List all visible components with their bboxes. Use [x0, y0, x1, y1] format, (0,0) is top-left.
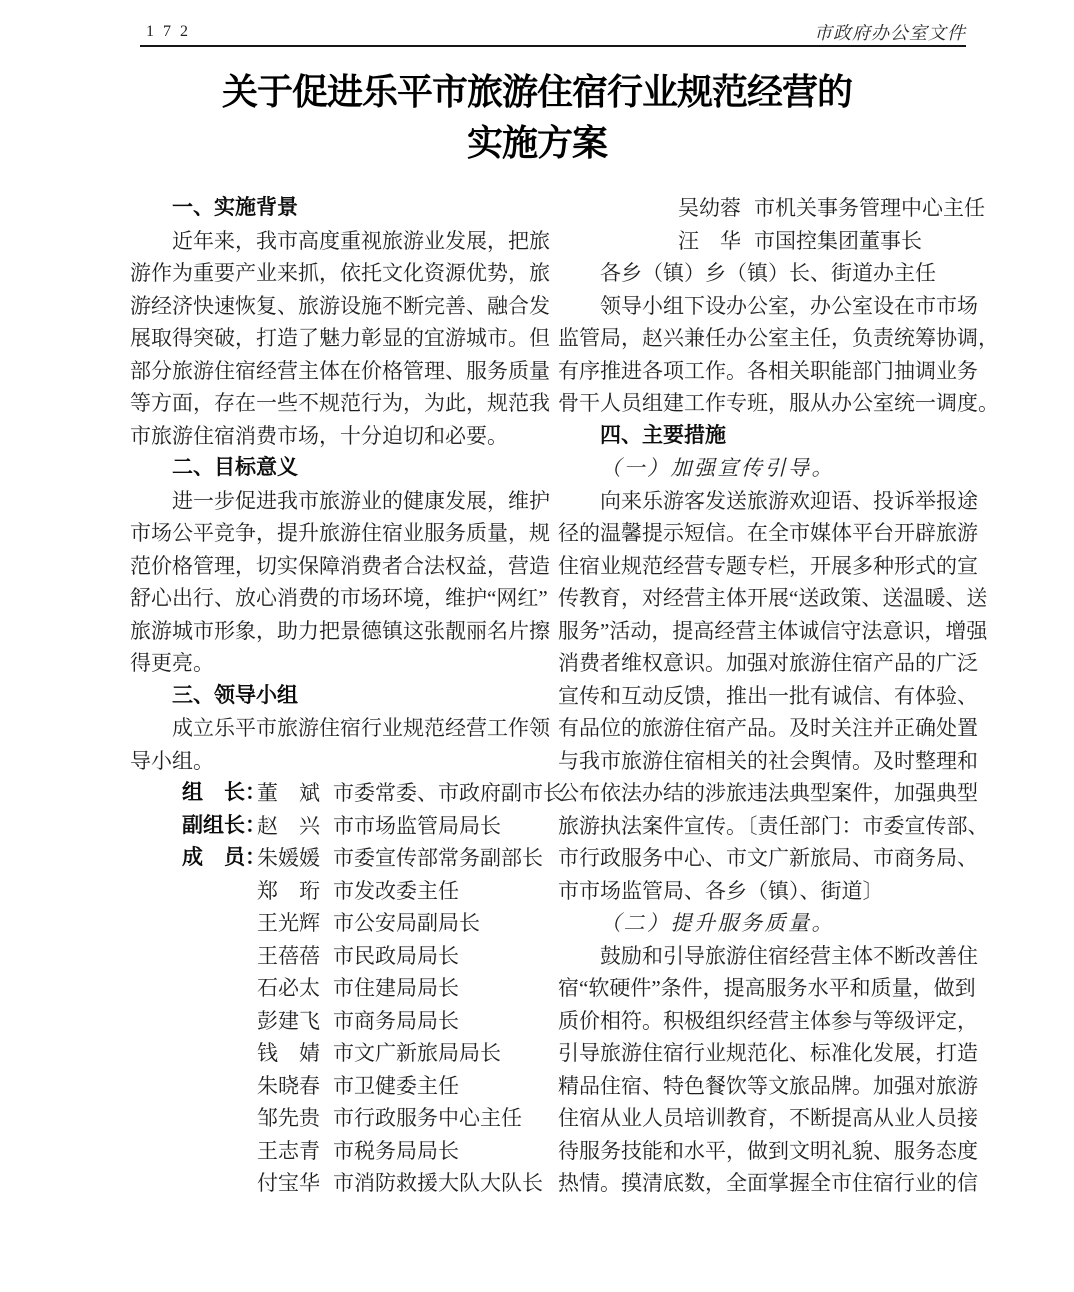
header-rule: [140, 45, 966, 47]
page-number: 172: [146, 23, 197, 41]
document-title-line-1: 关于促进乐平市旅游住宿行业规范经营的: [0, 66, 1074, 117]
paragraph-line: 游经济快速恢复、旅游设施不断完善、融合发: [130, 290, 546, 323]
paragraph-line: 市市场监管局、各乡（镇）、街道〕: [558, 875, 970, 908]
member-title: 市委宣传部常务副部长: [333, 842, 543, 875]
paragraph-line: 精品住宿、特色餐饮等文旅品牌。加强对旅游: [558, 1070, 970, 1103]
paragraph-first-line: 进一步促进我市旅游业的健康发展，维护: [130, 485, 546, 518]
member-row: 成 员：朱媛媛市委宣传部常务副部长: [130, 842, 546, 875]
member-name: 朱媛媛: [257, 842, 320, 875]
left-column: 一、实施背景近年来，我市高度重视旅游业发展，把旅游作为重要产业来抓，依托文化资源…: [130, 192, 546, 1200]
member-row: 王蓓蓓市民政局局长: [130, 940, 546, 973]
member-row: 副组长：赵 兴市市场监管局局长: [130, 810, 546, 843]
section-heading: 四、主要措施: [558, 420, 970, 453]
paragraph-first-line: 鼓励和引导旅游住宿经营主体不断改善住: [558, 940, 970, 973]
document-page: 172 市政府办公室文件 关于促进乐平市旅游住宿行业规范经营的 实施方案 一、实…: [0, 0, 1074, 1292]
member-name: 邹先贵: [257, 1102, 320, 1135]
member-name: 王蓓蓓: [257, 940, 320, 973]
member-name: 郑 珩: [257, 875, 320, 908]
paragraph-line: 热情。摸清底数，全面掌握全市住宿行业的信: [558, 1167, 970, 1200]
paragraph-first-line: 向来乐游客发送旅游欢迎语、投诉举报途: [558, 485, 970, 518]
member-row: 朱晓春市卫健委主任: [130, 1070, 546, 1103]
member-row: 王光辉市公安局副局长: [130, 907, 546, 940]
member-title: 市商务局局长: [333, 1005, 459, 1038]
paragraph-line: 有品位的旅游住宿产品。及时关注并正确处置: [558, 712, 970, 745]
member-role-label: 成 员：: [182, 842, 266, 875]
section-heading: 二、目标意义: [130, 452, 546, 485]
paragraph-line: 导小组。: [130, 745, 546, 778]
paragraph-line: 宿“软硬件”条件，提高服务水平和质量，做到: [558, 972, 970, 1005]
paragraph-first-line: 近年来，我市高度重视旅游业发展，把旅: [130, 225, 546, 258]
member-role-label: 组 长：: [182, 777, 266, 810]
member-row: 组 长：董 斌市委常委、市政府副市长: [130, 777, 546, 810]
paragraph-line: 径的温馨提示短信。在全市媒体平台开辟旅游: [558, 517, 970, 550]
paragraph-line: 住宿业规范经营专题专栏，开展多种形式的宣: [558, 550, 970, 583]
member-title: 市消防救援大队大队长: [333, 1167, 543, 1200]
paragraph-first-line: 成立乐平市旅游住宿行业规范经营工作领: [130, 712, 546, 745]
member-name: 王志青: [257, 1135, 320, 1168]
member-name: 王光辉: [257, 907, 320, 940]
member-name: 朱晓春: [257, 1070, 320, 1103]
member-role-label: 副组长：: [182, 810, 266, 843]
paragraph-line: 市旅游住宿消费市场，十分迫切和必要。: [130, 420, 546, 453]
paragraph-line: 质价相符。积极组织经营主体参与等级评定，: [558, 1005, 970, 1038]
sub-item-heading: （二）提升服务质量。: [558, 907, 970, 940]
paragraph-line: 范价格管理，切实保障消费者合法权益，营造: [130, 550, 546, 583]
member-name: 赵 兴: [257, 810, 320, 843]
member-title: 市行政服务中心主任: [333, 1102, 522, 1135]
document-category-label: 市政府办公室文件: [814, 19, 966, 45]
member-row: 汪 华市国控集团董事长: [558, 225, 970, 258]
paragraph-line: 待服务技能和水平，做到文明礼貌、服务态度: [558, 1135, 970, 1168]
paragraph-line: 骨干人员组建工作专班，服从办公室统一调度。: [558, 387, 970, 420]
document-title-line-2: 实施方案: [0, 117, 1074, 168]
member-name: 付宝华: [257, 1167, 320, 1200]
member-title: 市发改委主任: [333, 875, 459, 908]
paragraph-first-line: 各乡（镇）乡（镇）长、街道办主任: [558, 257, 970, 290]
member-title: 市市场监管局局长: [333, 810, 501, 843]
member-row: 彭建飞市商务局局长: [130, 1005, 546, 1038]
member-row: 石必太市住建局局长: [130, 972, 546, 1005]
paragraph-first-line: 领导小组下设办公室，办公室设在市市场: [558, 290, 970, 323]
paragraph-line: 市行政服务中心、市文广新旅局、市商务局、: [558, 842, 970, 875]
member-title: 市住建局局长: [333, 972, 459, 1005]
member-name: 彭建飞: [257, 1005, 320, 1038]
member-row: 王志青市税务局局长: [130, 1135, 546, 1168]
member-title: 市文广新旅局局长: [333, 1037, 501, 1070]
paragraph-line: 旅游执法案件宣传。〔责任部门：市委宣传部、: [558, 810, 970, 843]
member-row: 吴幼蓉市机关事务管理中心主任: [558, 192, 970, 225]
member-title: 市税务局局长: [333, 1135, 459, 1168]
right-column: 吴幼蓉市机关事务管理中心主任汪 华市国控集团董事长各乡（镇）乡（镇）长、街道办主…: [558, 192, 970, 1200]
member-title: 市委常委、市政府副市长: [333, 777, 564, 810]
member-name: 钱 婧: [257, 1037, 320, 1070]
paragraph-line: 展取得突破，打造了魅力彰显的宜游城市。但: [130, 322, 546, 355]
paragraph-line: 监管局，赵兴兼任办公室主任，负责统筹协调，: [558, 322, 970, 355]
section-heading: 一、实施背景: [130, 192, 546, 225]
paragraph-line: 舒心出行、放心消费的市场环境，维护“网红”: [130, 582, 546, 615]
member-title: 市卫健委主任: [333, 1070, 459, 1103]
paragraph-line: 市场公平竞争，提升旅游住宿业服务质量，规: [130, 517, 546, 550]
paragraph-line: 服务”活动，提高经营主体诚信守法意识，增强: [558, 615, 970, 648]
paragraph-line: 消费者维权意识。加强对旅游住宿产品的广泛: [558, 647, 970, 680]
member-row: 邹先贵市行政服务中心主任: [130, 1102, 546, 1135]
member-row: 付宝华市消防救援大队大队长: [130, 1167, 546, 1200]
member-title: 市公安局副局长: [333, 907, 480, 940]
paragraph-line: 引导旅游住宿行业规范化、标准化发展，打造: [558, 1037, 970, 1070]
paragraph-line: 有序推进各项工作。各相关职能部门抽调业务: [558, 355, 970, 388]
member-name: 董 斌: [257, 777, 320, 810]
member-title: 市机关事务管理中心主任: [754, 192, 985, 225]
sub-item-heading: （一）加强宣传引导。: [558, 452, 970, 485]
member-title: 市国控集团董事长: [754, 225, 922, 258]
paragraph-line: 宣传和互动反馈，推出一批有诚信、有体验、: [558, 680, 970, 713]
paragraph-line: 等方面，存在一些不规范行为，为此，规范我: [130, 387, 546, 420]
paragraph-line: 公布依法办结的涉旅违法典型案件，加强典型: [558, 777, 970, 810]
document-title: 关于促进乐平市旅游住宿行业规范经营的 实施方案: [0, 66, 1074, 168]
member-name: 石必太: [257, 972, 320, 1005]
member-row: 钱 婧市文广新旅局局长: [130, 1037, 546, 1070]
section-heading: 三、领导小组: [130, 680, 546, 713]
paragraph-line: 游作为重要产业来抓，依托文化资源优势，旅: [130, 257, 546, 290]
member-name: 吴幼蓉: [678, 192, 741, 225]
paragraph-line: 部分旅游住宿经营主体在价格管理、服务质量: [130, 355, 546, 388]
paragraph-line: 传教育，对经营主体开展“送政策、送温暖、送: [558, 582, 970, 615]
paragraph-line: 旅游城市形象，助力把景德镇这张靓丽名片擦: [130, 615, 546, 648]
paragraph-line: 与我市旅游住宿相关的社会舆情。及时整理和: [558, 745, 970, 778]
member-title: 市民政局局长: [333, 940, 459, 973]
paragraph-line: 得更亮。: [130, 647, 546, 680]
paragraph-line: 住宿从业人员培训教育，不断提高从业人员接: [558, 1102, 970, 1135]
member-row: 郑 珩市发改委主任: [130, 875, 546, 908]
member-name: 汪 华: [678, 225, 741, 258]
